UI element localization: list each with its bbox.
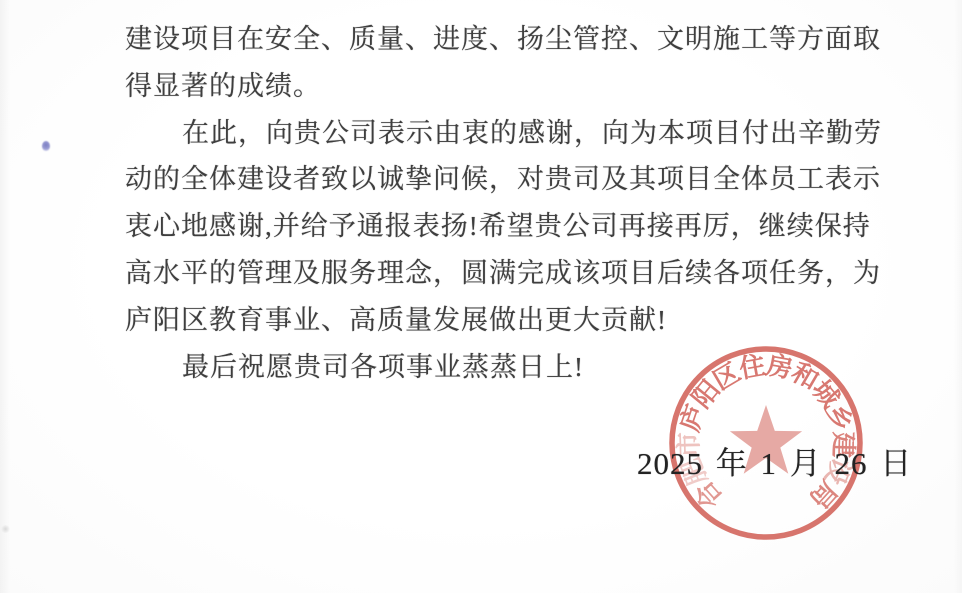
body-line: 建设项目在安全、质量、进度、扬尘管控、文明施工等方面取 (125, 16, 870, 63)
body-line: 动的全体建设者致以诚挚问候，对贵司及其项目全体员工表示 (125, 156, 870, 203)
scanned-letter-page: 建设项目在安全、质量、进度、扬尘管控、文明施工等方面取 得显著的成绩。 在此，向… (0, 0, 962, 593)
body-line: 高水平的管理及服务理念，圆满完成该项目后续各项任务，为 (125, 250, 870, 297)
body-line: 在此，向贵公司表示由衷的感谢，向为本项目付出辛勤劳 (125, 110, 870, 157)
body-line: 衷心地感谢,并给予通报表扬!希望贵公司再接再厉，继续保持 (125, 203, 870, 250)
scan-speck (1, 525, 10, 533)
seal-char: 住 (737, 351, 768, 384)
ink-smudge (42, 141, 50, 151)
body-line: 得显著的成绩。 (125, 63, 870, 110)
date-text: 2025 年 1 月 26 日 (637, 438, 912, 483)
